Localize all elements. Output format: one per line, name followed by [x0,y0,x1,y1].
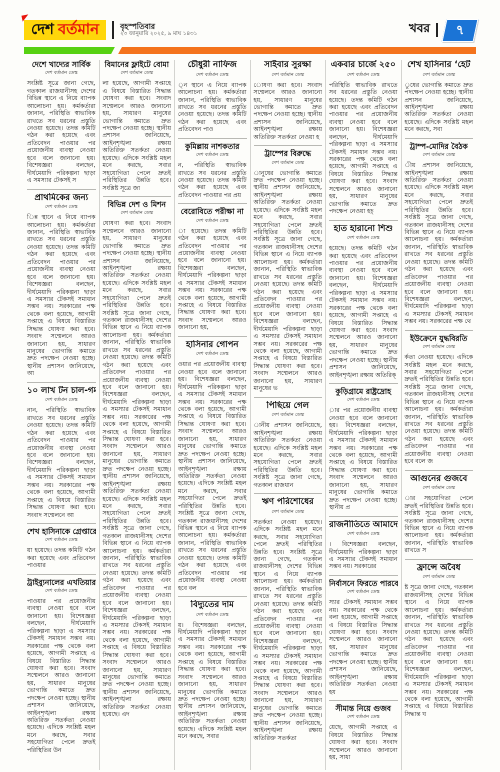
article-body: া হয়েছে। তদন্ত কমিটি গঠন করা হয়েছে এবং… [178,228,247,332]
article-byline: দেশ বর্তমান ডেস্ক [27,204,96,212]
article-headline: ফ্রান্সে অবৈধ [405,563,474,574]
article-headline: ট্রাম্পের বিরুদ্ধে [254,149,323,158]
article-headline: দেশে খাদ্যের সার্বিক [27,60,96,69]
article-headline: ট্রাইব্যুনালের এখতিয়ার [27,578,96,587]
article-body: য়। বিশেষজ্ঞরা বলছেন, দীর্ঘমেয়াদি পরিকল… [178,622,247,741]
article-headline: শেখ হাসিনাকে গ্রেপ্তারে [27,527,96,536]
article-headline: বিমানের ফ্লাইটে বোমা [103,60,172,69]
date-line: ২৩ জানুয়ারি ২০২৫, ৯ মাঘ ১৪৩১ [120,31,197,38]
article: শেখ হাসিনাকে গ্রেপ্তারেদেশ বর্তমান ডেস্ক… [27,523,96,570]
article-headline: কুড়িগ্রামে রাষ্ট্রদ্রোহ [329,387,398,396]
article: শেখ হাসিনার ‘হেটদেশ বর্তমান ডেস্কুষের ভো… [405,60,474,134]
article-byline: দেশ বর্তমান ডেস্ক [405,574,474,582]
article: ইউক্রেনে যুদ্ধবিরতিদেশ বর্তমান ডেস্কর্কত… [405,330,474,466]
article-body: র্কতা নেওয়া হয়েছে। এদিকে সংশ্লিষ্ট মহল… [405,354,474,466]
masthead: দেশ বর্তমান বৃহস্পতিবার ২৩ জানুয়ারি ২০২… [24,16,476,44]
section-divider [436,23,438,37]
masthead-divider [112,21,114,39]
article-headline: কুমিল্লায় নাশকতার [178,142,247,151]
newspaper-page: দেশ বর্তমান বৃহস্পতিবার ২৩ জানুয়ারি ২০২… [0,0,500,772]
article: সাইবার সুরক্ষাদেশ বর্তমান ডেস্কোষণা করা … [254,60,323,141]
logo-flag-icon [21,14,29,21]
article-body: োষণা করা হবে। সংবাদ সম্মেলনে আরও জানানো … [254,82,323,142]
columns: দেশে খাদ্যের সার্বিকদেশ বর্তমান ডেস্কসংশ… [24,60,476,770]
article-headline: রাজনীতিতে আমাদের [329,520,398,531]
article-body: পরিস্থিতি স্বাভাবিক রাখতে সব ধরনের প্রস্… [329,82,398,216]
article-headline: ঋণ পরিশোধের [254,497,323,508]
article-byline: দেশ বর্তমান ডেস্ক [254,160,323,168]
article: ট্রাম্পের বিরুদ্ধেদেশ বর্তমান ডেস্কানুষে… [254,145,323,393]
article-headline: একবার চার্জে ২৫০ [329,60,398,71]
article-byline: দেশ বর্তমান ডেস্ক [405,344,474,352]
logo-word-bortoman: বর্তমান [58,22,99,37]
weekday-label: বৃহস্পতিবার [120,22,197,31]
article: বিভিন্ন দেশ ও মিশনদেশ বর্তমান ডেস্ক ঘোষণ… [103,196,172,719]
article-headline: ট্রাম্প-মোদির বৈঠক [405,142,474,151]
article-headline: আগুনের গুজবে [405,474,474,485]
article-headline: প্রাথমিকের জন্য [27,193,96,204]
article-byline: দেশ বর্তমান ডেস্ক [178,612,247,620]
article-byline: দেশ বর্তমান ডেস্ক [405,485,474,493]
article-headline: হাত হারানো শিশু [329,224,398,235]
date-block: বৃহস্পতিবার ২৩ জানুয়ারি ২০২৫, ৯ মাঘ ১৪৩… [120,22,197,38]
article-headline: পিছিয়ে গেল [254,401,323,412]
article-body: ীয় প্রশাসন জানিয়েছে, আইনশৃঙ্খলা রক্ষায… [405,162,474,326]
masthead-bars [24,47,476,54]
article-headline: বেরোবিতে পরীক্ষা না [178,207,247,216]
article: বেরোবিতে পরীক্ষা নাদেশ বর্তমান ডেস্কা হয… [178,203,247,332]
article: কুড়িগ্রামে রাষ্ট্রদ্রোহদেশ বর্তমান ডেস্… [329,383,398,512]
article-body: লা হয়েছে, আগামী সপ্তাহে এ বিষয়ে বিস্তা… [103,80,172,192]
article-headline: ইউক্রেনে যুদ্ধবিরতি [405,334,474,343]
news-column: দেশে খাদ্যের সার্বিকদেশ বর্তমান ডেস্কসংশ… [24,60,99,770]
article-byline: দেশ বর্তমান ডেস্ক [329,397,398,405]
article-body: হয়েছে। তদন্ত কমিটি গঠন করা হয়েছে এবং প… [329,245,398,379]
article-byline: দেশ বর্তমান ডেস্ক [329,714,398,722]
article-headline: সীমান্ত নিয়ে গুজব [329,704,398,713]
article-headline: ১০ লাখ টন চাল-গম [27,386,96,397]
article-body: য়েছে, আগামী সপ্তাহে এ বিষয়ে বিস্তারিত … [329,724,398,761]
article-body: নান, পরিস্থিতি স্বাভাবিক রাখতে সব ধরনের … [27,407,96,519]
article: হাত হারানো শিশুদেশ বর্তমান ডেস্কহয়েছে। … [329,220,398,380]
article: পিছিয়ে গেলদেশ বর্তমান ডেস্কানীয় প্রশাস… [254,397,323,490]
page-number-badge: ৭ [442,19,479,42]
article-byline: দেশ বর্তমান ডেস্ক [178,72,247,80]
article-byline: দেশ বর্তমান ডেস্ক [178,152,247,160]
article-body: ্ন স্থানে এ নিয়ে ব্যাপক আলোচনা হয়। কর্… [178,82,247,134]
masthead-left: দেশ বর্তমান বৃহস্পতিবার ২৩ জানুয়ারি ২০২… [24,20,197,40]
article-byline: দেশ বর্তমান ডেস্ক [329,589,398,597]
article-byline: দেশ বর্তমান ডেস্ক [254,72,323,80]
article-body: । বিশেষজ্ঞরা বলছেন, দীর্ঘমেয়াদি পরিকল্প… [329,541,398,571]
article-byline: দেশ বর্তমান ডেস্ক [27,537,96,545]
article-byline: দেশ বর্তমান ডেস্ক [329,235,398,243]
article-body: ়ার পর প্রয়োজনীয় ব্যবস্থা নেওয়া হবে ব… [329,407,398,511]
article-body: ুষের ভোগান্তি কমাতে দ্রুত পদক্ষেপ নেওয়া… [405,82,474,134]
article: বিদ্যুতের দামদেশ বর্তমান ডেস্কয়। বিশেষজ… [178,596,247,741]
article-body: িন্ন স্থানে এ নিয়ে ব্যাপক আলোচনা হয়। ক… [27,214,96,378]
article: প্রাথমিকের জন্যদেশ বর্তমান ডেস্কিন্ন স্থ… [27,189,96,378]
article-headline: নির্বাসনে ফিরতে পারবে [329,579,398,588]
green-bar [24,47,116,54]
article-byline: দেশ বর্তমান ডেস্ক [103,70,172,78]
article: একবার চার্জে ২৫০দেশ বর্তমান ডেস্ক পরিস্থ… [329,60,398,216]
article-headline: বিভিন্ন দেশ ও মিশন [103,200,172,209]
news-column: একবার চার্জে ২৫০দেশ বর্তমান ডেস্ক পরিস্থ… [325,60,401,770]
orange-bar [117,47,476,54]
article-headline: সাইবার সুরক্ষা [254,60,323,71]
article-headline: চৌধুরী নাফিজ [178,60,247,71]
page-number: ৭ [456,24,464,37]
article-byline: দেশ বর্তমান ডেস্ক [178,218,247,226]
news-column: চৌধুরী নাফিজদেশ বর্তমান ডেস্ক্ন স্থানে এ… [174,60,250,770]
news-column: বিমানের ফ্লাইটে বোমাদেশ বর্তমান ডেস্কলা … [99,60,175,770]
article-byline: দেশ বর্তমান ডেস্ক [329,72,398,80]
article: নির্বাসনে ফিরতে পারবেদেশ বর্তমান ডেস্কস্… [329,575,398,696]
masthead-right: খবর ৭ [409,19,476,42]
article: বিমানের ফ্লাইটে বোমাদেশ বর্তমান ডেস্কলা … [103,60,172,192]
article-headline: শেখ হাসিনার ‘হেট [405,60,474,71]
article-byline: দেশ বর্তমান ডেস্ক [254,412,323,420]
article: দেশে খাদ্যের সার্বিকদেশ বর্তমান ডেস্কসংশ… [27,60,96,185]
article-byline: দেশ বর্তমান ডেস্ক [329,531,398,539]
article: ১০ লাখ টন চাল-গমদেশ বর্তমান ডেস্কনান, পর… [27,382,96,519]
article: আগুনের গুজবেদেশ বর্তমান ডেস্কার সহযোগিতা… [405,470,474,555]
article-headline: হাসিনার গোপন [178,340,247,351]
article-body: সতর্কতা নেওয়া হয়েছে। এদিকে সংশ্লিষ্ট ম… [254,519,323,742]
article-byline: দেশ বর্তমান ডেস্ক [254,509,323,517]
article-byline: দেশ বর্তমান ডেস্ক [405,72,474,80]
article-byline: দেশ বর্তমান ডেস্ক [27,588,96,596]
article: চৌধুরী নাফিজদেশ বর্তমান ডেস্ক্ন স্থানে এ… [178,60,247,134]
article-body: ন, পরিস্থিতি স্বাভাবিক রাখতে সব ধরনের প্… [178,162,247,199]
article-byline: দেশ বর্তমান ডেস্ক [178,351,247,359]
article: ঋণ পরিশোধেরদেশ বর্তমান ডেস্কসতর্কতা নেওয… [254,493,323,742]
news-column: শেখ হাসিনার ‘হেটদেশ বর্তমান ডেস্কুষের ভো… [401,60,477,770]
section-label: খবর [409,20,430,40]
article-body: ঘোষণা করা হবে। সংবাদ সম্মেলনে আরও জানানো… [103,220,172,718]
article-headline: বিদ্যুতের দাম [178,600,247,611]
article: হাসিনার গোপনদেশ বর্তমান ডেস্কওয়ার পর প্… [178,336,247,592]
article-body: স্যার টেকসই সমাধান সম্ভব নয়। সরকারের পক… [329,599,398,696]
article: কুমিল্লায় নাশকতারদেশ বর্তমান ডেস্কন, পর… [178,138,247,200]
article-body: য়া হয়েছে। তদন্ত কমিটি গঠন করা হয়েছে এ… [27,547,96,569]
article-body: পাওয়ার পর প্রয়োজনীয় ব্যবস্থা নেওয়া হ… [27,598,96,754]
article-body: ষ্ট সূত্রে জানা গেছে, গতকাল রাজধানীসহ দে… [405,584,474,718]
article-byline: দেশ বর্তমান ডেস্ক [27,397,96,405]
article: ট্রাইব্যুনালের এখতিয়ারদেশ বর্তমান ডেস্ক… [27,574,96,755]
article-byline: দেশ বর্তমান ডেস্ক [405,152,474,160]
article: ফ্রান্সে অবৈধদেশ বর্তমান ডেস্কষ্ট সূত্রে… [405,559,474,719]
news-column: সাইবার সুরক্ষাদেশ বর্তমান ডেস্কোষণা করা … [250,60,326,770]
article-body: ানীয় প্রশাসন জানিয়েছে, আইনশৃঙ্খলা রক্ষ… [254,422,323,489]
article-byline: দেশ বর্তমান ডেস্ক [27,70,96,78]
logo-word-desh: দেশ [31,22,54,37]
newspaper-logo: দেশ বর্তমান [24,20,106,40]
article-byline: দেশ বর্তমান ডেস্ক [103,210,172,218]
article-body: সংশ্লিষ্ট সূত্রে জানা গেছে, গতকাল রাজধান… [27,80,96,184]
article-body: ার সহযোগিতা পেলে দ্রুতই পরিস্থিতির উন্নত… [405,495,474,555]
article-body: ওয়ার পর প্রয়োজনীয় ব্যবস্থা নেওয়া হবে… [178,361,247,592]
article: ট্রাম্প-মোদির বৈঠকদেশ বর্তমান ডেস্কীয় প… [405,138,474,326]
article: সীমান্ত নিয়ে গুজবদেশ বর্তমান ডেস্কয়েছে… [329,700,398,762]
article: রাজনীতিতে আমাদেরদেশ বর্তমান ডেস্ক। বিশেষ… [329,516,398,571]
article-body: ানুষের ভোগান্তি কমাতে দ্রুত পদক্ষেপ নেওয… [254,170,323,393]
